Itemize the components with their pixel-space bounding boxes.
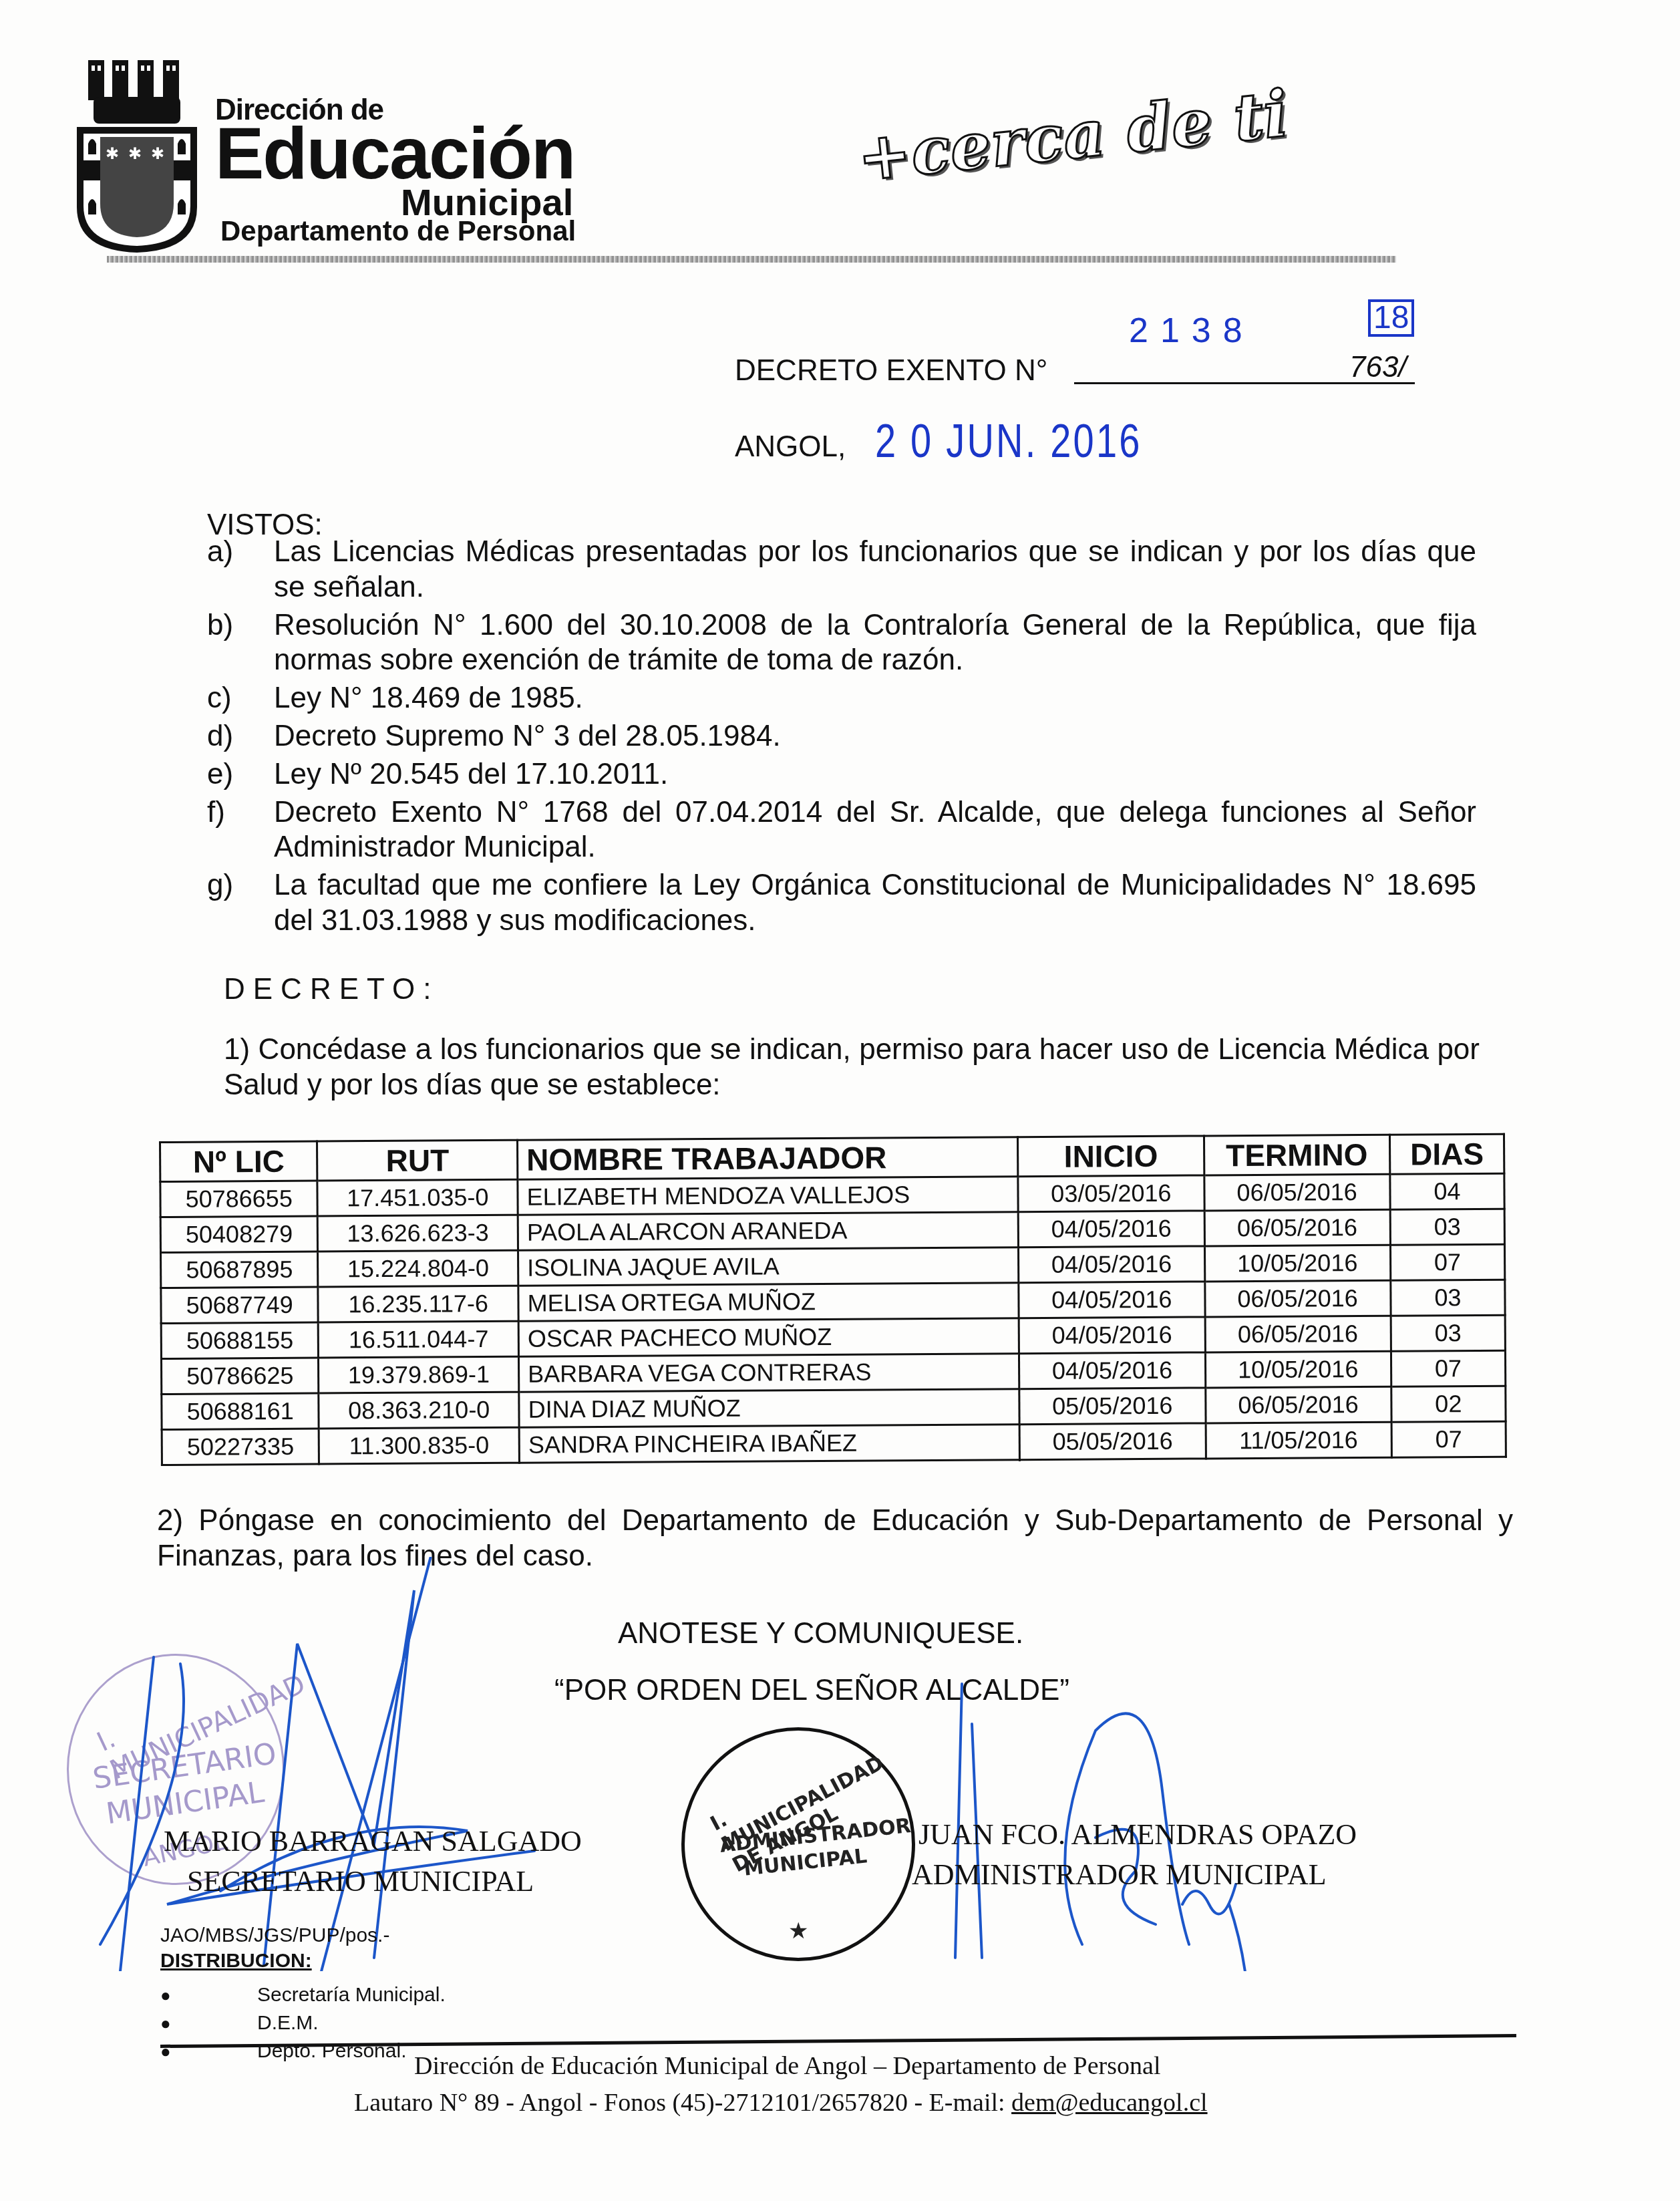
table-header: DIAS bbox=[1389, 1134, 1504, 1174]
svg-text:✱: ✱ bbox=[128, 144, 142, 163]
distribution-item-text: D.E.M. bbox=[257, 2012, 319, 2035]
table-cell: 50408279 bbox=[160, 1216, 318, 1252]
svg-text:✱: ✱ bbox=[106, 144, 119, 163]
table-cell: OSCAR PACHECO MUÑOZ bbox=[518, 1318, 1019, 1357]
table-cell: 50688161 bbox=[162, 1393, 319, 1429]
table-cell: 05/05/2016 bbox=[1019, 1423, 1206, 1460]
table-header: NOMBRE TRABAJADOR bbox=[518, 1137, 1019, 1180]
vistos-item-text: Las Licencias Médicas presentadas por lo… bbox=[274, 535, 1476, 605]
vistos-item-label: e) bbox=[207, 757, 274, 792]
table-cell: 06/05/2016 bbox=[1205, 1386, 1391, 1423]
stamped-date: 2 0 JUN. 2016 bbox=[875, 414, 1142, 468]
bullet-icon: ● bbox=[160, 2013, 257, 2034]
table-cell: PAOLA ALARCON ARANEDA bbox=[518, 1212, 1018, 1251]
table-cell: ELIZABETH MENDOZA VALLEJOS bbox=[518, 1177, 1018, 1215]
bullet-icon: ● bbox=[160, 1985, 257, 2006]
vistos-item: d)Decreto Supremo N° 3 del 28.05.1984. bbox=[207, 719, 1476, 754]
secretario-role: SECRETARIO MUNICIPAL bbox=[187, 1864, 534, 1898]
place-label: ANGOL, bbox=[735, 430, 846, 464]
table-cell: 04/05/2016 bbox=[1019, 1282, 1205, 1318]
table-cell: 19.379.869-1 bbox=[319, 1356, 519, 1393]
vistos-item: c)Ley N° 18.469 de 1985. bbox=[207, 681, 1476, 716]
footer-address: Lautaro N° 89 - Angol - Fonos (45)-27121… bbox=[354, 2089, 1011, 2117]
vistos-item: f)Decreto Exento N° 1768 del 07.04.2014 … bbox=[207, 795, 1476, 866]
slogan-logo: +cerca de ti bbox=[854, 76, 1291, 196]
table-cell: 50688155 bbox=[161, 1322, 319, 1358]
table-cell: 15.224.804-0 bbox=[318, 1250, 518, 1287]
table-cell: 06/05/2016 bbox=[1204, 1174, 1390, 1211]
table-cell: 06/05/2016 bbox=[1204, 1209, 1391, 1246]
table-header: Nº LIC bbox=[160, 1141, 318, 1181]
table-cell: 04/05/2016 bbox=[1019, 1352, 1206, 1389]
reference-initials: JAO/MBS/JGS/PUP/pos.- bbox=[160, 1924, 389, 1947]
table-header: RUT bbox=[317, 1140, 518, 1181]
table-cell: 10/05/2016 bbox=[1205, 1351, 1391, 1388]
decree-label: DECRETO EXENTO N° bbox=[735, 354, 1047, 388]
table-cell: 03 bbox=[1391, 1315, 1506, 1351]
vistos-item-label: c) bbox=[207, 681, 274, 716]
table-row: 5022733511.300.835-0SANDRA PINCHEIRA IBA… bbox=[162, 1421, 1506, 1465]
table-cell: 16.235.117-6 bbox=[318, 1286, 518, 1322]
header-divider bbox=[107, 256, 1396, 263]
medical-leave-table: Nº LICRUTNOMBRE TRABAJADORINICIOTERMINOD… bbox=[159, 1133, 1507, 1466]
table-cell: 50687895 bbox=[161, 1252, 319, 1288]
distribution-heading: DISTRIBUCION: bbox=[160, 1950, 312, 1972]
vistos-item-text: Decreto Exento N° 1768 del 07.04.2014 de… bbox=[274, 795, 1476, 866]
table-cell: 04 bbox=[1390, 1173, 1505, 1209]
svg-text:✱: ✱ bbox=[151, 144, 164, 163]
handwritten-signatures bbox=[0, 1557, 1680, 1971]
table-cell: ISOLINA JAQUE AVILA bbox=[518, 1248, 1019, 1286]
table-cell: 13.626.623-3 bbox=[318, 1215, 518, 1252]
table-cell: MELISA ORTEGA MUÑOZ bbox=[518, 1283, 1019, 1322]
department-name: Departamento de Personal bbox=[220, 215, 576, 247]
table-cell: 07 bbox=[1391, 1350, 1506, 1386]
vistos-item-text: Decreto Supremo N° 3 del 28.05.1984. bbox=[274, 719, 781, 754]
administrador-name: JUAN FCO. ALMENDRAS OPAZO bbox=[918, 1817, 1357, 1852]
table-cell: 11/05/2016 bbox=[1206, 1422, 1392, 1459]
vistos-item-label: b) bbox=[207, 608, 274, 679]
vistos-item-label: d) bbox=[207, 719, 274, 754]
distribution-item-text: Secretaría Municipal. bbox=[257, 1984, 446, 2007]
vistos-item-label: f) bbox=[207, 795, 274, 866]
table-cell: 16.511.044-7 bbox=[319, 1321, 519, 1358]
vistos-item-label: g) bbox=[207, 868, 274, 939]
table-cell: 17.451.035-0 bbox=[317, 1179, 518, 1216]
table-cell: 50227335 bbox=[162, 1429, 319, 1465]
table-header: TERMINO bbox=[1204, 1135, 1390, 1175]
vistos-item-text: Ley N° 18.469 de 1985. bbox=[274, 681, 583, 716]
table-cell: 07 bbox=[1390, 1244, 1505, 1280]
table-cell: 03 bbox=[1391, 1280, 1506, 1316]
decreto-heading: DECRETO: bbox=[224, 972, 440, 1008]
footer-email-link[interactable]: dem@educangol.cl bbox=[1011, 2089, 1208, 2117]
table-cell: 06/05/2016 bbox=[1205, 1316, 1391, 1352]
vistos-item-text: La facultad que me confiere la Ley Orgán… bbox=[274, 868, 1476, 939]
table-cell: 04/05/2016 bbox=[1018, 1211, 1204, 1248]
vistos-item: g)La facultad que me confiere la Ley Org… bbox=[207, 868, 1476, 939]
table-cell: SANDRA PINCHEIRA IBAÑEZ bbox=[519, 1425, 1019, 1463]
vistos-item: a)Las Licencias Médicas presentadas por … bbox=[207, 535, 1476, 605]
vistos-list: a)Las Licencias Médicas presentadas por … bbox=[207, 535, 1476, 941]
administrador-role: ADMINISTRADOR MUNICIPAL bbox=[912, 1858, 1327, 1892]
table-cell: 07 bbox=[1391, 1421, 1506, 1457]
table-cell: DINA DIAZ MUÑOZ bbox=[519, 1389, 1019, 1428]
distribution-item: ●Depto. Personal. bbox=[160, 2037, 446, 2065]
table-cell: BARBARA VEGA CONTRERAS bbox=[519, 1354, 1019, 1392]
org-name-line2: Educación bbox=[215, 117, 574, 190]
distribution-item: ●Secretaría Municipal. bbox=[160, 1981, 446, 2009]
table-cell: 03/05/2016 bbox=[1018, 1175, 1204, 1212]
footer-line-2: Lautaro N° 89 - Angol - Fonos (45)-27121… bbox=[354, 2088, 1208, 2117]
vistos-item: b)Resolución N° 1.600 del 30.10.2008 de … bbox=[207, 608, 1476, 679]
table-cell: 08.363.210-0 bbox=[319, 1392, 519, 1429]
decree-suffix: 763/ bbox=[1349, 351, 1407, 384]
table-cell: 04/05/2016 bbox=[1019, 1246, 1205, 1283]
secretario-name: MARIO BARRAGAN SALGADO bbox=[164, 1824, 582, 1858]
table-header: INICIO bbox=[1018, 1136, 1204, 1177]
stamped-decree-box: 18 bbox=[1368, 299, 1414, 337]
vistos-item: e)Ley Nº 20.545 del 17.10.2011. bbox=[207, 757, 1476, 792]
table-cell: 50786625 bbox=[161, 1358, 319, 1394]
distribution-list: ●Secretaría Municipal.●D.E.M.●Depto. Per… bbox=[160, 1981, 446, 2065]
table-cell: 06/05/2016 bbox=[1204, 1280, 1391, 1317]
table-cell: 05/05/2016 bbox=[1019, 1388, 1206, 1425]
table-cell: 02 bbox=[1391, 1386, 1506, 1422]
table-cell: 10/05/2016 bbox=[1204, 1245, 1391, 1282]
vistos-item-text: Ley Nº 20.545 del 17.10.2011. bbox=[274, 757, 668, 792]
table-cell: 03 bbox=[1390, 1209, 1505, 1245]
vistos-item-label: a) bbox=[207, 535, 274, 605]
distribution-item: ●D.E.M. bbox=[160, 2009, 446, 2037]
municipal-crest-icon: ✱✱✱ bbox=[73, 60, 200, 254]
footer-line-1: Dirección de Educación Municipal de Ango… bbox=[414, 2051, 1160, 2081]
table-cell: 11.300.835-0 bbox=[319, 1427, 520, 1464]
table-cell: 50687749 bbox=[161, 1287, 319, 1323]
vistos-item-text: Resolución N° 1.600 del 30.10.2008 de la… bbox=[274, 608, 1476, 679]
table-cell: 04/05/2016 bbox=[1019, 1317, 1205, 1354]
stamped-decree-number: 2138 bbox=[1129, 311, 1254, 351]
decreto-paragraph-1: 1) Concédase a los funcionarios que se i… bbox=[224, 1032, 1480, 1103]
table-cell: 50786655 bbox=[160, 1181, 318, 1217]
